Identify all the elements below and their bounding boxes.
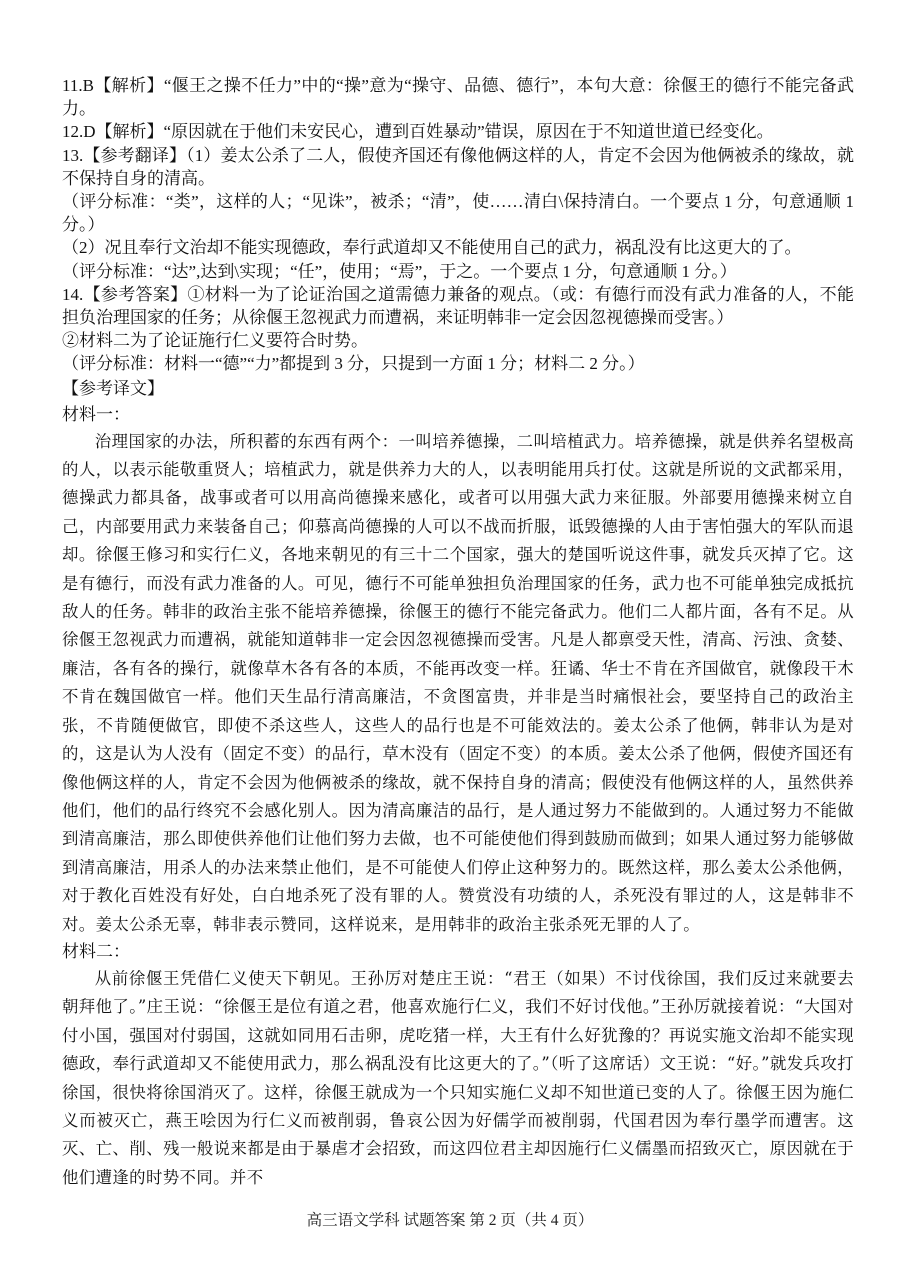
material1-label: 材料一： [62,402,854,428]
material1-translation: 治理国家的办法，所积蓄的东西有两个：一叫培养德操，二叫培植武力。培养德操，就是供… [62,428,854,939]
material2-text: 从前徐偃王凭借仁义使天下朝见。王孙厉对楚庄王说：“君王（如果）不讨伐徐国，我们反… [62,965,854,1192]
answer-page: 11.B【解析】“偃王之操不任力”中的“操”意为“操守、品德、德行”，本句大意：… [62,74,854,1192]
scoring-q14: （评分标准：材料一“德”“力”都提到 3 分，只提到一方面 1 分；材料二 2 … [62,352,854,375]
material1-text: 治理国家的办法，所积蓄的东西有两个：一叫培养德操，二叫培植武力。培养德操，就是供… [62,428,854,939]
page-footer: 高三语文学科 试题答案 第 2 页（共 4 页） [0,1208,900,1230]
scoring-q13-part2: （评分标准：“达”,达到\实现；“任”，使用；“焉”，于之。一个要点 1 分，句… [62,260,854,283]
answer-section: 11.B【解析】“偃王之操不任力”中的“操”意为“操守、品德、德行”，本句大意：… [62,74,854,376]
answer-q13-part2: （2）况且奉行文治却不能实现德政，奉行武道却又不能使用自己的武力，祸乱没有比这更… [62,236,854,259]
answer-q14-part1: 14.【参考答案】①材料一为了论证治国之道需德力兼备的观点。（或：有德行而没有武… [62,283,854,329]
material2-translation: 从前徐偃王凭借仁义使天下朝见。王孙厉对楚庄王说：“君王（如果）不讨伐徐国，我们反… [62,965,854,1192]
answer-q12: 12.D【解析】“原因就在于他们未安民心，遭到百姓暴动”错误，原因在于不知道世道… [62,120,854,143]
translation-heading: 【参考译文】 [62,376,854,402]
answer-q13-part1: 13.【参考翻译】（1）姜太公杀了二人，假使齐国还有像他俩这样的人，肯定不会因为… [62,144,854,190]
scoring-q13-part1: （评分标准：“类”，这样的人；“见诛”，被杀；“清”，使……清白\保持清白。一个… [62,190,854,236]
material2-label: 材料二： [62,939,854,965]
answer-q14-part2: ②材料二为了论证施行仁义要符合时势。 [62,329,854,352]
answer-q11: 11.B【解析】“偃王之操不任力”中的“操”意为“操守、品德、德行”，本句大意：… [62,74,854,120]
